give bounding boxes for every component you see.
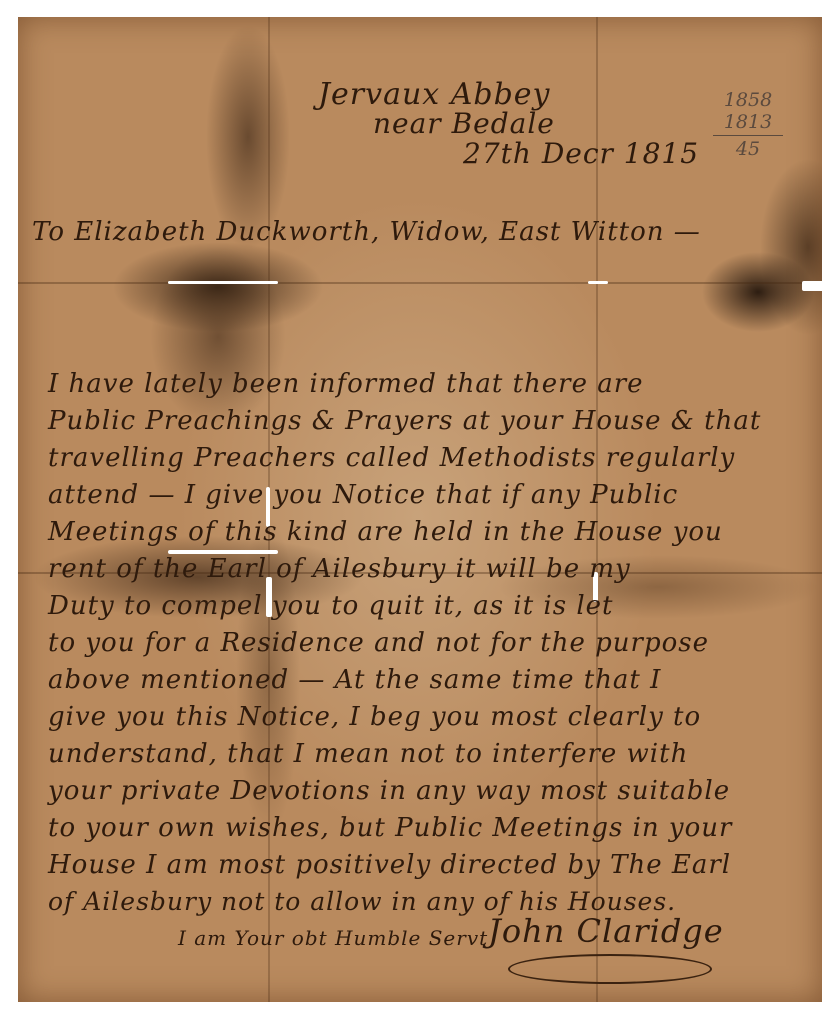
body-line: attend — I give you Notice that if any P… [48, 480, 678, 510]
signature: John Claridge [488, 912, 724, 950]
body-line: travelling Preachers called Methodists r… [48, 443, 735, 473]
body-line: understand, that I mean not to interfere… [48, 739, 688, 769]
body-line: to your own wishes, but Public Meetings … [48, 813, 732, 843]
body-line: I have lately been informed that there a… [48, 369, 644, 399]
fold-tear [168, 281, 278, 284]
place-line-2: near Bedale [373, 107, 555, 140]
addressee: To Elizabeth Duckworth, Widow, East Witt… [32, 217, 701, 247]
edge-tear [802, 281, 824, 291]
body-line: above mentioned — At the same time that … [48, 665, 661, 695]
note-result: 45 [708, 138, 788, 160]
fold-tear [588, 281, 608, 284]
fold-line [18, 282, 822, 284]
body-line: Meetings of this kind are held in the Ho… [48, 517, 723, 547]
body-line: Public Preachings & Prayers at your Hous… [48, 406, 761, 436]
note-line-2: 1813 [708, 111, 788, 133]
body-line: to you for a Residence and not for the p… [48, 628, 709, 658]
letter-paper: Jervaux Abbey near Bedale 27th Decr 1815… [18, 17, 822, 1002]
archival-pencil-note: 1858 1813 45 [708, 89, 788, 160]
letter-date: 27th Decr 1815 [463, 137, 699, 170]
body-line: House I am most positively directed by T… [48, 850, 731, 880]
note-line-1: 1858 [708, 89, 788, 111]
body-line: give you this Notice, I beg you most cle… [48, 702, 701, 732]
signature-flourish [508, 954, 712, 984]
body-line: Duty to compel you to quit it, as it is … [48, 591, 613, 621]
body-line: rent of the Earl of Ailesbury it will be… [48, 554, 631, 584]
closing: I am Your obt Humble Servt [178, 926, 488, 950]
note-rule [713, 135, 783, 136]
body-line: your private Devotions in any way most s… [48, 776, 730, 806]
